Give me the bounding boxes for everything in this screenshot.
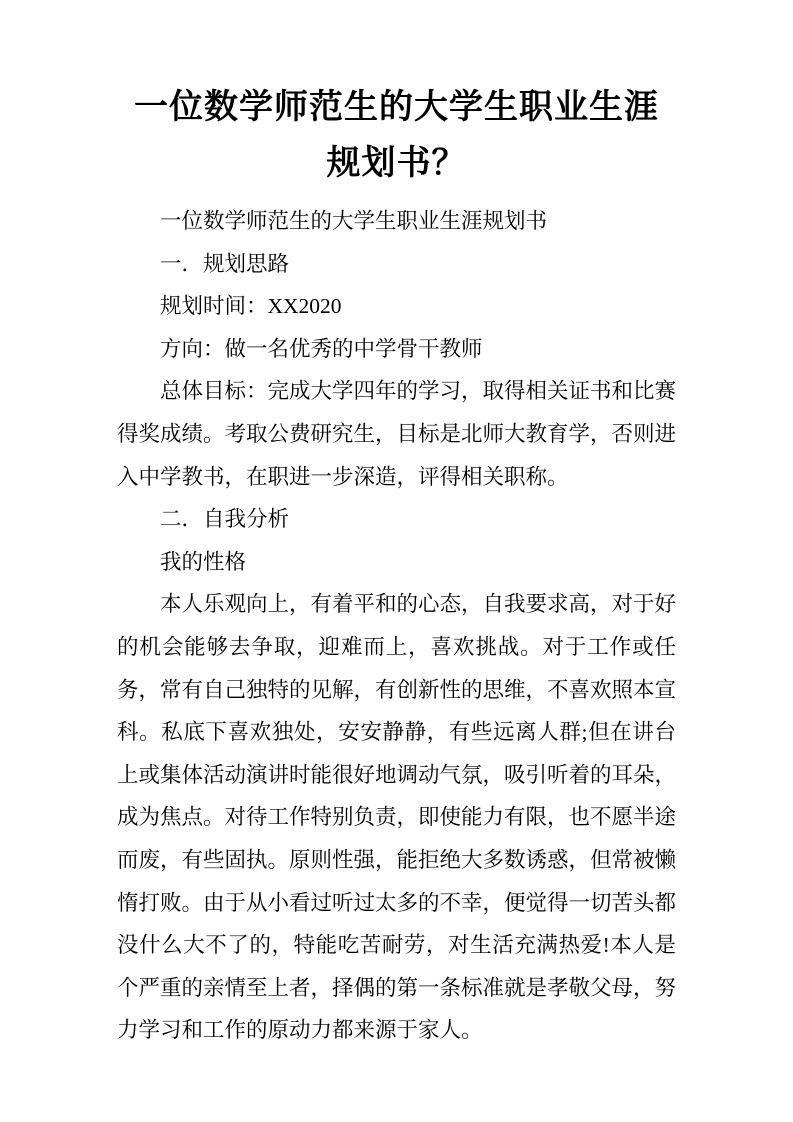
section-heading-self-analysis: 二．自我分析	[117, 498, 676, 541]
document-page: 一位数学师范生的大学生职业生涯规划书？ 一位数学师范生的大学生职业生涯规划书 一…	[0, 0, 793, 1122]
overall-goal-paragraph: 总体目标：完成大学四年的学习，取得相关证书和比赛得奖成绩。考取公费研究生，目标是…	[117, 370, 676, 498]
direction-line: 方向：做一名优秀的中学骨干教师	[117, 328, 676, 371]
my-personality-heading: 我的性格	[117, 541, 676, 584]
planning-time-line: 规划时间：XX2020	[117, 285, 676, 328]
document-title: 一位数学师范生的大学生职业生涯规划书？	[117, 80, 676, 192]
document-subtitle: 一位数学师范生的大学生职业生涯规划书	[117, 200, 676, 243]
personality-description-paragraph: 本人乐观向上，有着平和的心态，自我要求高，对于好的机会能够去争取，迎难而上，喜欢…	[117, 583, 676, 1052]
section-heading-planning-approach: 一．规划思路	[117, 243, 676, 286]
